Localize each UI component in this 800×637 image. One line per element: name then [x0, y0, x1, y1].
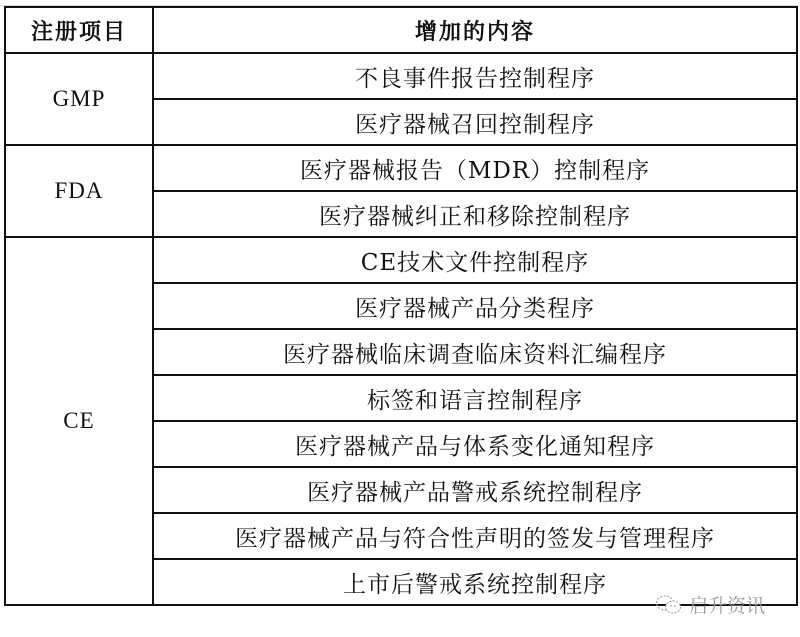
wechat-icon — [655, 594, 683, 616]
project-cell-ce: CE — [5, 237, 153, 605]
table-row: FDA 医疗器械报告（MDR）控制程序 — [5, 145, 797, 191]
registration-procedures-table: 注册项目 增加的内容 GMP 不良事件报告控制程序 医疗器械召回控制程序 FDA… — [4, 6, 798, 606]
content-cell: 医疗器械报告（MDR）控制程序 — [153, 145, 797, 191]
content-cell: 医疗器械产品与符合性声明的签发与管理程序 — [153, 513, 797, 559]
content-cell: CE技术文件控制程序 — [153, 237, 797, 283]
content-cell: 医疗器械纠正和移除控制程序 — [153, 191, 797, 237]
project-cell-gmp: GMP — [5, 53, 153, 145]
table-row: GMP 不良事件报告控制程序 — [5, 53, 797, 99]
content-cell: 医疗器械临床调查临床资料汇编程序 — [153, 329, 797, 375]
content-cell: 不良事件报告控制程序 — [153, 53, 797, 99]
project-cell-fda: FDA — [5, 145, 153, 237]
content-cell: 医疗器械召回控制程序 — [153, 99, 797, 145]
content-cell: 标签和语言控制程序 — [153, 375, 797, 421]
content-cell: 医疗器械产品与体系变化通知程序 — [153, 421, 797, 467]
table-row: CE CE技术文件控制程序 — [5, 237, 797, 283]
header-row: 注册项目 增加的内容 — [5, 7, 797, 53]
header-content: 增加的内容 — [153, 7, 797, 53]
watermark-text: 启升资讯 — [689, 591, 765, 618]
content-cell: 医疗器械产品分类程序 — [153, 283, 797, 329]
header-project: 注册项目 — [5, 7, 153, 53]
content-cell: 医疗器械产品警戒系统控制程序 — [153, 467, 797, 513]
watermark: 启升资讯 — [655, 591, 765, 618]
